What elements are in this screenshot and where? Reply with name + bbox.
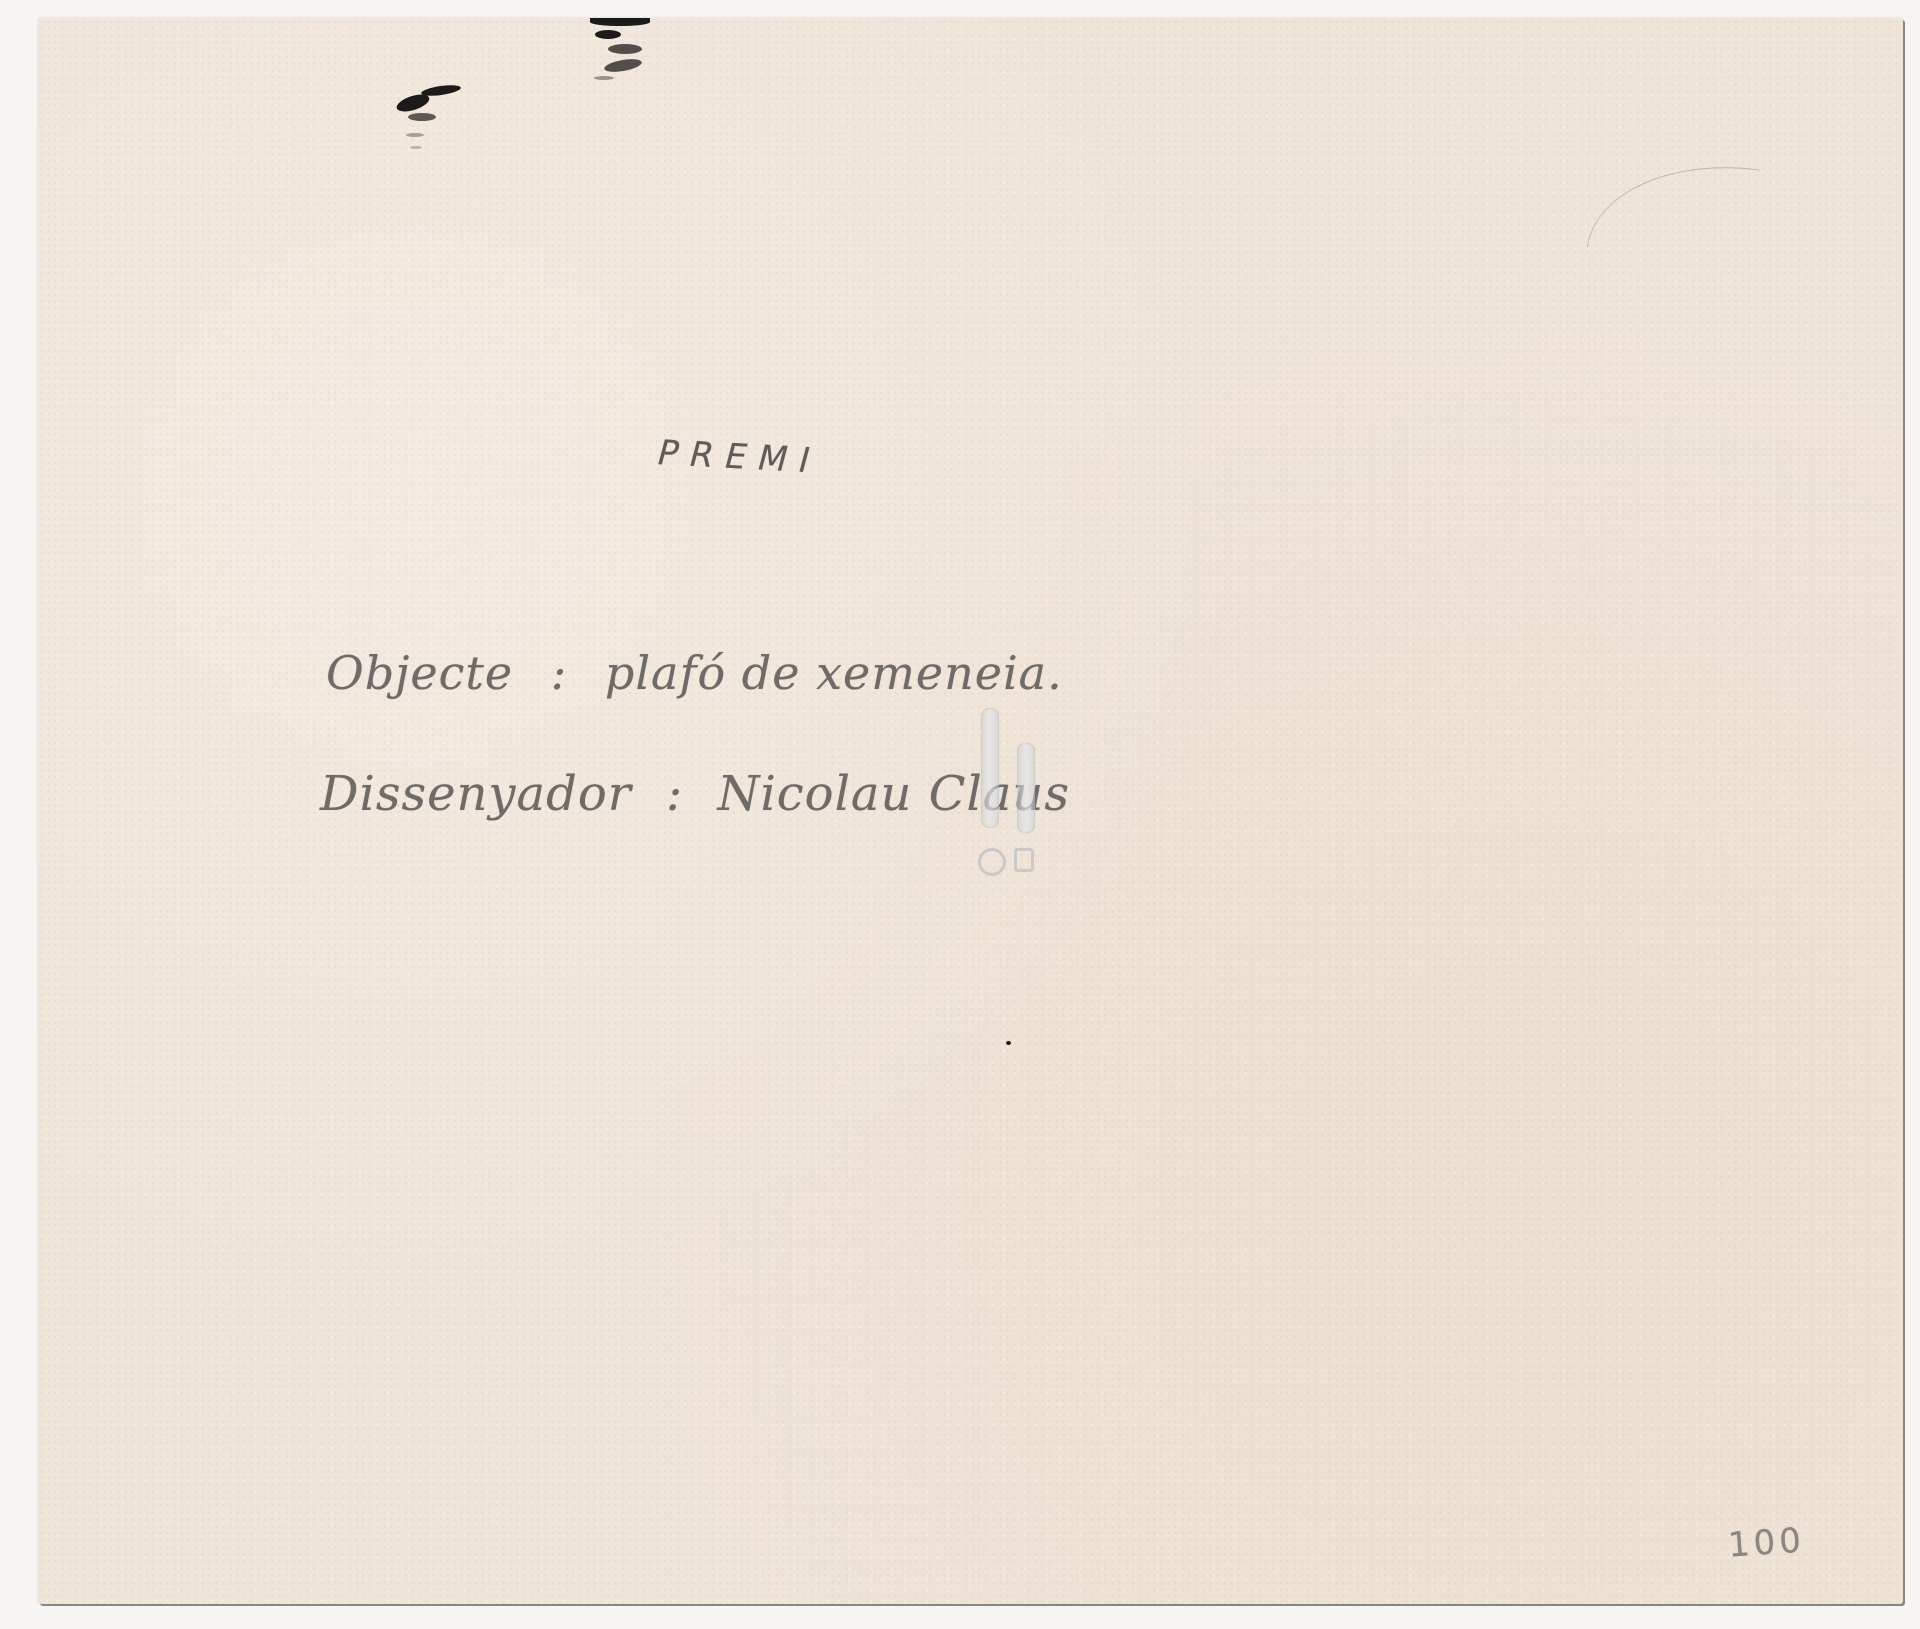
object-label: Objecte	[326, 646, 513, 700]
pencil-mark	[1587, 147, 1760, 269]
designer-separator: :	[666, 766, 683, 822]
designer-label: Dissenyador	[320, 766, 632, 822]
page-number: 100	[1727, 1520, 1807, 1565]
paper-sheet: PREMI Objecte : plafó de xemeneia. Disse…	[38, 18, 1903, 1604]
designer-field: Dissenyador : Nicolau Claus	[320, 766, 1070, 822]
document-title: PREMI	[653, 433, 827, 482]
emboss-stamp	[973, 708, 1043, 888]
ink-speck	[1006, 1041, 1011, 1045]
object-value: plafó de xemeneia.	[605, 646, 1063, 700]
object-field: Objecte : plafó de xemeneia.	[326, 646, 1063, 700]
object-separator: :	[551, 646, 568, 700]
